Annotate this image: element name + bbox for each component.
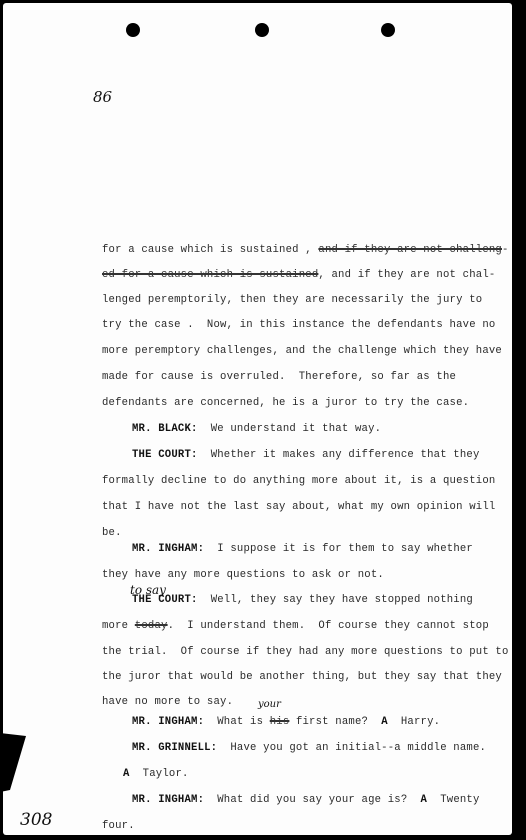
line-text: What is [204, 716, 270, 728]
struck-text: and if they are not challeng [318, 244, 502, 256]
line-text: Have you got an initial--a middle name. [217, 742, 486, 754]
handwritten-insertion-to-say: to say [130, 583, 166, 597]
line-text: made for cause is overruled. Therefore, … [102, 371, 456, 383]
transcript-line: more today. I understand them. Of course… [102, 620, 489, 632]
transcript-line: A Taylor. [123, 768, 189, 780]
transcript-line: THE COURT: Whether it makes any differen… [132, 449, 480, 461]
punch-hole-right [381, 23, 395, 37]
struck-text: today [135, 620, 168, 632]
transcript-line: more peremptory challenges, and the chal… [102, 345, 502, 357]
line-text: defendants are concerned, he is a juror … [102, 397, 469, 409]
line-text: that I have not the last say about, what… [102, 501, 495, 513]
struck-text: ed for a cause which is sustained [102, 269, 318, 281]
line-text: Taylor. [130, 768, 189, 780]
speaker-label: THE COURT: [132, 449, 198, 461]
transcript-line: for a cause which is sustained , and if … [102, 244, 509, 256]
transcript-line: MR. BLACK: We understand it that way. [132, 423, 381, 435]
line-text: four. [102, 820, 135, 832]
line-text: for a cause which is sustained , [102, 244, 318, 256]
transcript-line: MR. GRINNELL: Have you got an initial--a… [132, 742, 486, 754]
transcript-line: try the case . Now, in this instance the… [102, 319, 495, 331]
transcript-line: the trial. Of course if they had any mor… [102, 646, 509, 658]
line-text: lenged peremptorily, then they are neces… [102, 294, 482, 306]
line-text: have no more to say. [102, 696, 233, 708]
transcript-line: have no more to say. [102, 696, 233, 708]
line-text: We understand it that way. [198, 423, 382, 435]
speaker-label: MR. INGHAM: [132, 543, 204, 555]
transcript-line: formally decline to do anything more abo… [102, 475, 495, 487]
transcript-line: MR. INGHAM: I suppose it is for them to … [132, 543, 473, 555]
line-text: Harry. [388, 716, 440, 728]
line-text: What did you say your age is? [204, 794, 420, 806]
line-text: more peremptory challenges, and the chal… [102, 345, 502, 357]
transcript-line: MR. INGHAM: What did you say your age is… [132, 794, 480, 806]
handwritten-insertion-your: your [258, 699, 281, 710]
line-text: formally decline to do anything more abo… [102, 475, 495, 487]
punch-hole-center [255, 23, 269, 37]
speaker-label: MR. INGHAM: [132, 716, 204, 728]
transcript-line: defendants are concerned, he is a juror … [102, 397, 469, 409]
struck-text: his [270, 716, 290, 728]
speaker-label: MR. BLACK: [132, 423, 198, 435]
line-text: - [502, 244, 509, 256]
line-text: I suppose it is for them to say whether [204, 543, 473, 555]
line-text: more [102, 620, 135, 632]
line-text: the trial. Of course if they had any mor… [102, 646, 509, 658]
line-text: Whether it makes any difference that the… [198, 449, 480, 461]
transcript-line: be. [102, 527, 122, 539]
line-text: the juror that would be another thing, b… [102, 671, 502, 683]
transcript-line: they have any more questions to ask or n… [102, 569, 384, 581]
transcript-line: the juror that would be another thing, b… [102, 671, 502, 683]
speaker-label: MR. INGHAM: [132, 794, 204, 806]
transcript-line: that I have not the last say about, what… [102, 501, 495, 513]
line-text: . I understand them. Of course they cann… [168, 620, 489, 632]
speaker-label: MR. GRINNELL: [132, 742, 217, 754]
line-text: be. [102, 527, 122, 539]
document-page [3, 3, 512, 835]
punch-hole-left [126, 23, 140, 37]
folio-number: 86 [93, 88, 112, 106]
transcript-line: THE COURT: Well, they say they have stop… [132, 594, 473, 606]
line-text: first name? [289, 716, 381, 728]
transcript-line: four. [102, 820, 135, 832]
line-text: they have any more questions to ask or n… [102, 569, 384, 581]
transcript-line: ed for a cause which is sustained, and i… [102, 269, 495, 281]
page-number: 308 [20, 810, 52, 830]
line-text: Well, they say they have stopped nothing [198, 594, 473, 606]
line-text: , and if they are not chal- [318, 269, 495, 281]
transcript-line: made for cause is overruled. Therefore, … [102, 371, 456, 383]
transcript-line: MR. INGHAM: What is his first name? A Ha… [132, 716, 440, 728]
line-text: Twenty [427, 794, 479, 806]
line-text: try the case . Now, in this instance the… [102, 319, 495, 331]
transcript-line: lenged peremptorily, then they are neces… [102, 294, 482, 306]
